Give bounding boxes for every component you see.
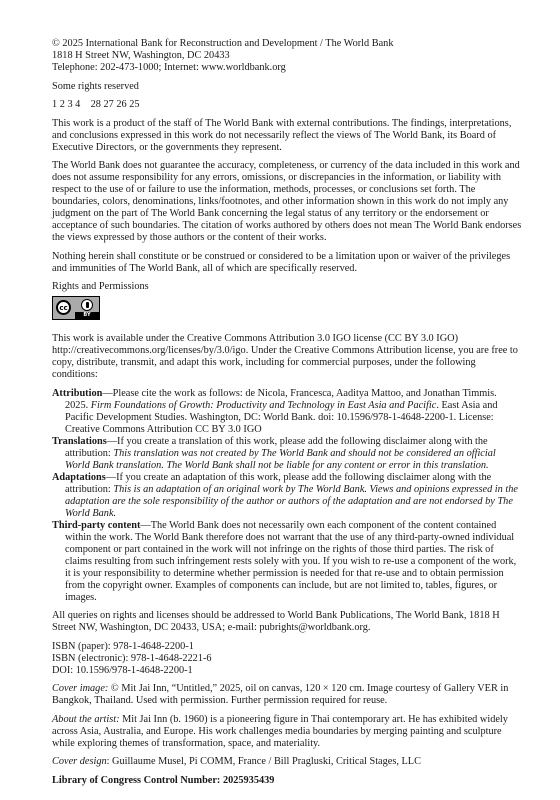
- attribution-person-icon: [81, 299, 93, 311]
- condition-label: Translations: [52, 436, 107, 447]
- lccn: Library of Congress Control Number: 2025…: [52, 775, 522, 787]
- printing-line: 1 2 3 4 28 27 26 25: [52, 99, 522, 111]
- condition-label: Third-party content: [52, 520, 140, 531]
- disclaimer-immunities: Nothing herein shall constitute or be co…: [52, 251, 522, 275]
- condition-third-party: Third-party content—The World Bank does …: [52, 520, 522, 604]
- condition-label: Attribution: [52, 388, 102, 399]
- rights-heading: Rights and Permissions: [52, 281, 522, 293]
- cover-design-credit: Cover design: Guillaume Musel, Pi COMM, …: [52, 756, 522, 768]
- book-title: Firm Foundations of Growth: Productivity…: [91, 400, 437, 411]
- cover-image-credit: Cover image: © Mit Jai Inn, “Untitled,” …: [52, 683, 522, 707]
- doi: DOI: 10.1596/978-1-4648-2200-1: [52, 665, 193, 676]
- condition-label: Adaptations: [52, 472, 106, 483]
- disclaimer-accuracy: The World Bank does not guarantee the ac…: [52, 160, 522, 244]
- identifiers: ISBN (paper): 978-1-4648-2200-1 ISBN (el…: [52, 641, 522, 677]
- condition-translations: Translations—If you create a translation…: [52, 436, 522, 472]
- about-artist: About the artist: Mit Jai Inn (b. 1960) …: [52, 714, 522, 750]
- isbn-electronic: ISBN (electronic): 978-1-4648-2221-6: [52, 653, 212, 664]
- by-label: BY: [75, 312, 99, 319]
- cc-icon: cc: [56, 300, 71, 315]
- rights-queries: All queries on rights and licenses shoul…: [52, 610, 522, 634]
- cc-by-license-icon: cc BY: [52, 296, 100, 320]
- disclaimer-staff: This work is a product of the staff of T…: [52, 118, 522, 154]
- rights-reserved: Some rights reserved: [52, 81, 522, 93]
- condition-adaptations: Adaptations—If you create an adaptation …: [52, 472, 522, 520]
- license-intro: This work is available under the Creativ…: [52, 333, 522, 381]
- contact-line: Telephone: 202-473-1000; Internet: www.w…: [52, 62, 286, 73]
- isbn-paper: ISBN (paper): 978-1-4648-2200-1: [52, 641, 194, 652]
- address-line: 1818 H Street NW, Washington, DC 20433: [52, 50, 230, 61]
- license-conditions: Attribution—Please cite the work as foll…: [52, 388, 522, 604]
- copyright-line: © 2025 International Bank for Reconstruc…: [52, 38, 393, 49]
- condition-attribution: Attribution—Please cite the work as foll…: [52, 388, 522, 436]
- copyright-block: © 2025 International Bank for Reconstruc…: [52, 38, 522, 74]
- copyright-page: © 2025 International Bank for Reconstruc…: [52, 38, 522, 793]
